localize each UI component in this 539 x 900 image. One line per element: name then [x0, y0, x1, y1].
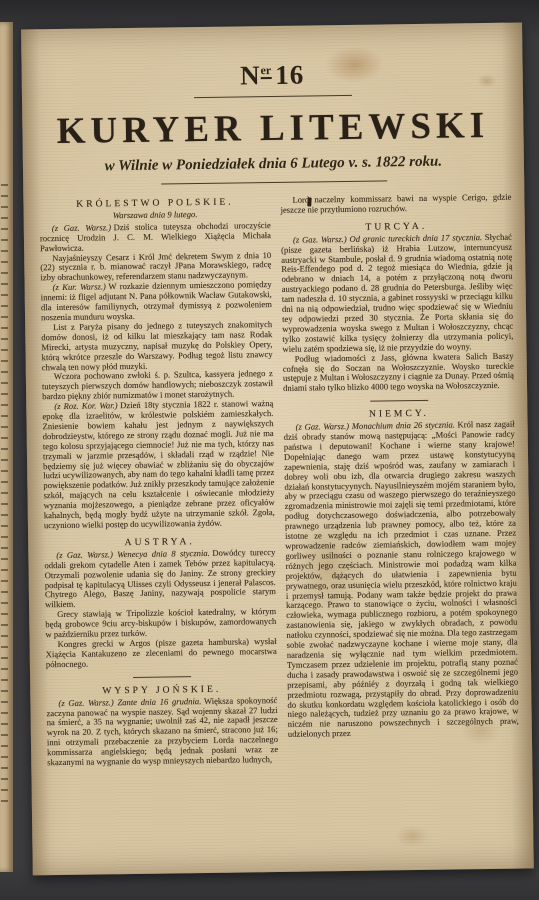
continuation-paragraph: Lord naczelny kommissarz bawi na wyspie …: [280, 193, 511, 216]
paragraph-text: Lord naczelny kommissarz bawi na wyspie …: [280, 192, 511, 215]
paragraph-text: Wczora pochowano zwłoki ś. p. Szultca, k…: [42, 368, 273, 401]
paragraph-text: Grecy stawiają w Tripolizzie kościoł kat…: [45, 606, 276, 639]
paragraph-text: Słychać (pisze gazeta berlińska) iż Hrab…: [281, 231, 513, 353]
paragraph: Podług wiadomości z Jass, główna kwatera…: [283, 351, 515, 394]
masthead-title: KURYER LITEWSKI: [22, 103, 524, 154]
newspaper-page: Ner16 KURYER LITEWSKI w Wilnie w Poniedz…: [21, 23, 534, 876]
section-separator: [133, 676, 191, 678]
paragraph: Grecy stawiają w Tripolizzie kościoł kat…: [45, 607, 276, 640]
masthead: Ner16 KURYER LITEWSKI w Wilnie w Poniedz…: [21, 23, 524, 187]
ink-mark: [307, 197, 311, 206]
issue-value: 16: [275, 60, 304, 90]
paragraph: (z Roz. Kor. War.)Dzień 18ty stycznia 18…: [42, 399, 275, 531]
masthead-rule-top: [193, 95, 351, 98]
section-header-krolestwo-polskie: KRÓLESTWO POLSKIE.: [39, 197, 270, 210]
paragraph: (z Gaz. Warsz.) Wenecya dnia 8 stycznia.…: [44, 548, 276, 611]
adjacent-page-sliver: [0, 22, 13, 872]
paragraph-text: Dzień 18ty stycznia 1822 r. stanowi ważn…: [42, 398, 275, 530]
paragraph: Kongres grecki w Argos (pisze gazeta ham…: [46, 637, 277, 670]
issue-superscript: er: [260, 63, 271, 79]
paragraph: Nayjaśnieyszy Cesarz i Król Jmć dekretem…: [40, 251, 271, 284]
issue-number: Ner16: [21, 50, 522, 94]
paragraph-text: Podług wiadomości z Jass, główna kwatera…: [283, 350, 514, 393]
paragraph-text: Kongres grecki w Argos (pisze gazeta ham…: [46, 636, 277, 669]
section-separator: [370, 400, 428, 402]
column-left: KRÓLESTWO POLSKIE. Warszawa dnia 9 luteg…: [39, 196, 278, 768]
issue-prefix: N: [240, 60, 261, 90]
paragraph: (z Gaz. Warsz.) Zante dnia 16 grudnia.Wi…: [46, 696, 278, 769]
paragraph-text: Król nasz zagaił dziś obrady stanów mową…: [284, 419, 519, 739]
paragraph-text: List z Paryża pisany do jednego z tuteys…: [41, 319, 272, 372]
paragraph: (z Gaz. Warsz.) Od granic tureckich dnia…: [281, 232, 514, 354]
column-right: Lord naczelny kommissarz bawi na wyspie …: [280, 193, 519, 765]
paragraph: List z Paryża pisany do jednego z tuteys…: [41, 320, 273, 373]
paragraph: (z Gaz. Warsz.)Dziś stolica tuteysza obc…: [40, 221, 271, 254]
paragraph: (z Kur. Warsz.)W rozkazie dziennym umies…: [41, 280, 273, 323]
paragraph: Wczora pochowano zwłoki ś. p. Szultca, k…: [42, 369, 273, 402]
article-columns: KRÓLESTWO POLSKIE. Warszawa dnia 9 luteg…: [23, 179, 532, 768]
adjacent-page-text-fragments: [1, 182, 8, 802]
paragraph: (z Gaz. Warsz.) Monachium dnia 26 styczn…: [284, 420, 519, 740]
paragraph-text: Nayjaśnieyszy Cesarz i Król Jmć dekretem…: [40, 250, 271, 283]
masthead-dateline: w Wilnie w Poniedziałek dnia 6 Lutego v.…: [23, 152, 524, 176]
